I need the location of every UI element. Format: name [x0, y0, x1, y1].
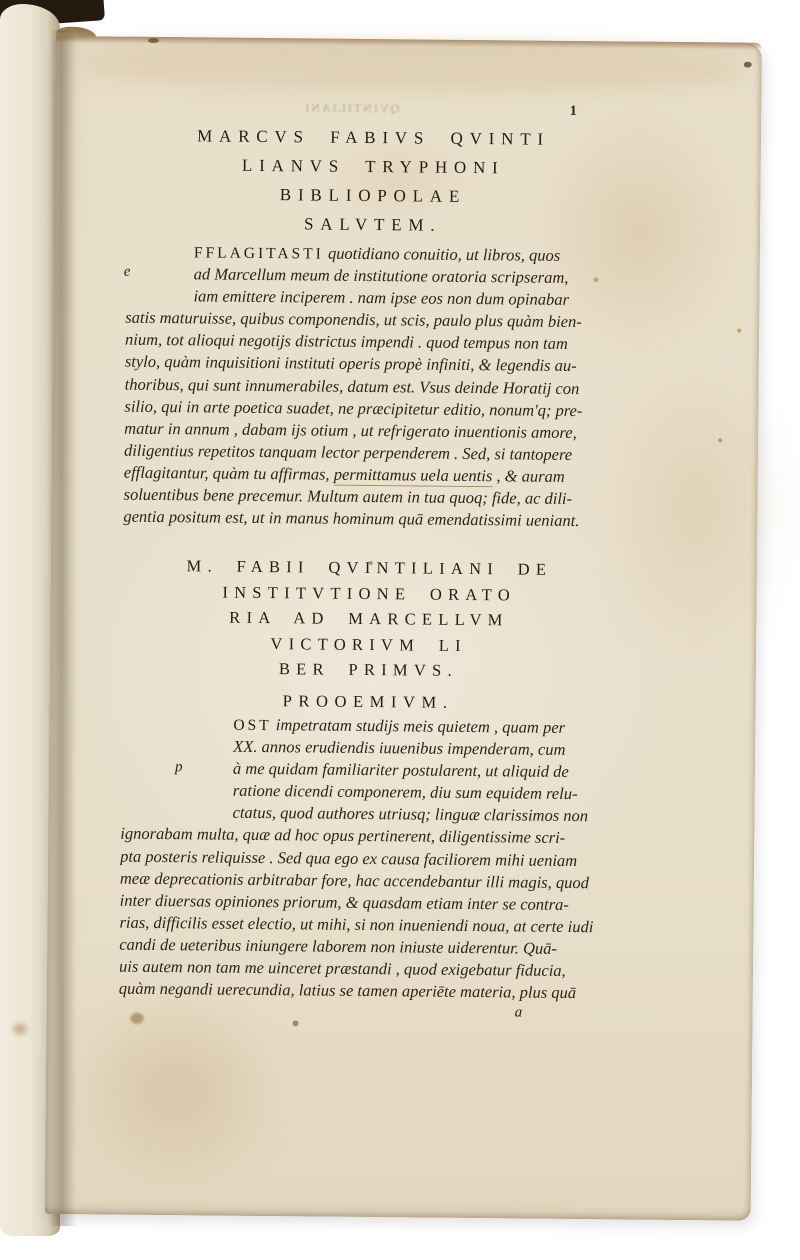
prooemium-lead-word: OST: [233, 717, 271, 734]
folio-number: 1: [561, 104, 585, 120]
underlined-phrase: permittamus uela uentis: [334, 465, 493, 488]
foxing-spot: [744, 62, 752, 68]
epistle-indented-lines: ad Marcellum meum de institutione orator…: [125, 263, 662, 312]
epistle-first-line: quotidiano conuitio, ut libros, quos: [328, 244, 560, 265]
gutter-shadow: [50, 30, 76, 1226]
foxing-spot: [737, 329, 741, 333]
text-line: gentia positum est, ut in manus hominum …: [123, 506, 660, 533]
prooemium-first-line: impetratam studijs meis quietem , quam p…: [276, 715, 565, 737]
text-line: quàm negandi uerecundia, latius se tamen…: [119, 978, 656, 1005]
underline-post-text: , & auram: [492, 466, 565, 486]
book-photograph: QVINTILIANI 1 MARCVS FABIVS QVINTILIANVS…: [0, 0, 800, 1260]
epistle-closing-lines: soluentibus bene precemur. Multum autem …: [123, 484, 660, 533]
epistle-lead-word: FFLAGITASTI: [194, 244, 324, 262]
foxing-spot: [131, 1013, 144, 1024]
prooemium-paragraph: OST impetratam studijs meis quietem , qu…: [119, 713, 659, 1005]
epistle-body-lines: satis maturuisse, quibus componendis, ut…: [124, 307, 662, 467]
foxing-spot: [293, 1020, 299, 1026]
section-heading: PROOEMIVM.: [100, 686, 637, 716]
stain: [60, 981, 292, 1198]
text-line: SALVTEM.: [104, 207, 641, 241]
foxing-spot: [148, 38, 159, 43]
foxing-spot: [718, 438, 722, 442]
text-line: BER PRIMVS.: [100, 654, 637, 685]
page-surface: QVINTILIANI 1 MARCVS FABIVS QVINTILIANVS…: [45, 36, 762, 1221]
prooemium-indented-lines: XX. annos erudiendis iuuenibus impendera…: [120, 735, 658, 829]
show-through-text: QVINTILIANI: [291, 100, 411, 116]
title-heading: M. FABII QVINTILIANI DEINSTITVTIONE ORAT…: [100, 552, 638, 685]
underline-pre-text: efflagitantur, quàm tu affirmas,: [124, 463, 334, 484]
epistle-paragraph: FFLAGITASTI quotidiano conuitio, ut libr…: [123, 241, 663, 533]
salutation-heading: MARCVS FABIVS QVINTILIANVS TRYPHONIBIBLI…: [104, 120, 642, 241]
prooemium-body-lines: ignorabam multa, quæ ad hoc opus pertine…: [119, 823, 658, 1005]
stain: [80, 38, 740, 94]
foxing-spot: [10, 1020, 30, 1038]
signature-mark: a: [515, 1004, 523, 1021]
